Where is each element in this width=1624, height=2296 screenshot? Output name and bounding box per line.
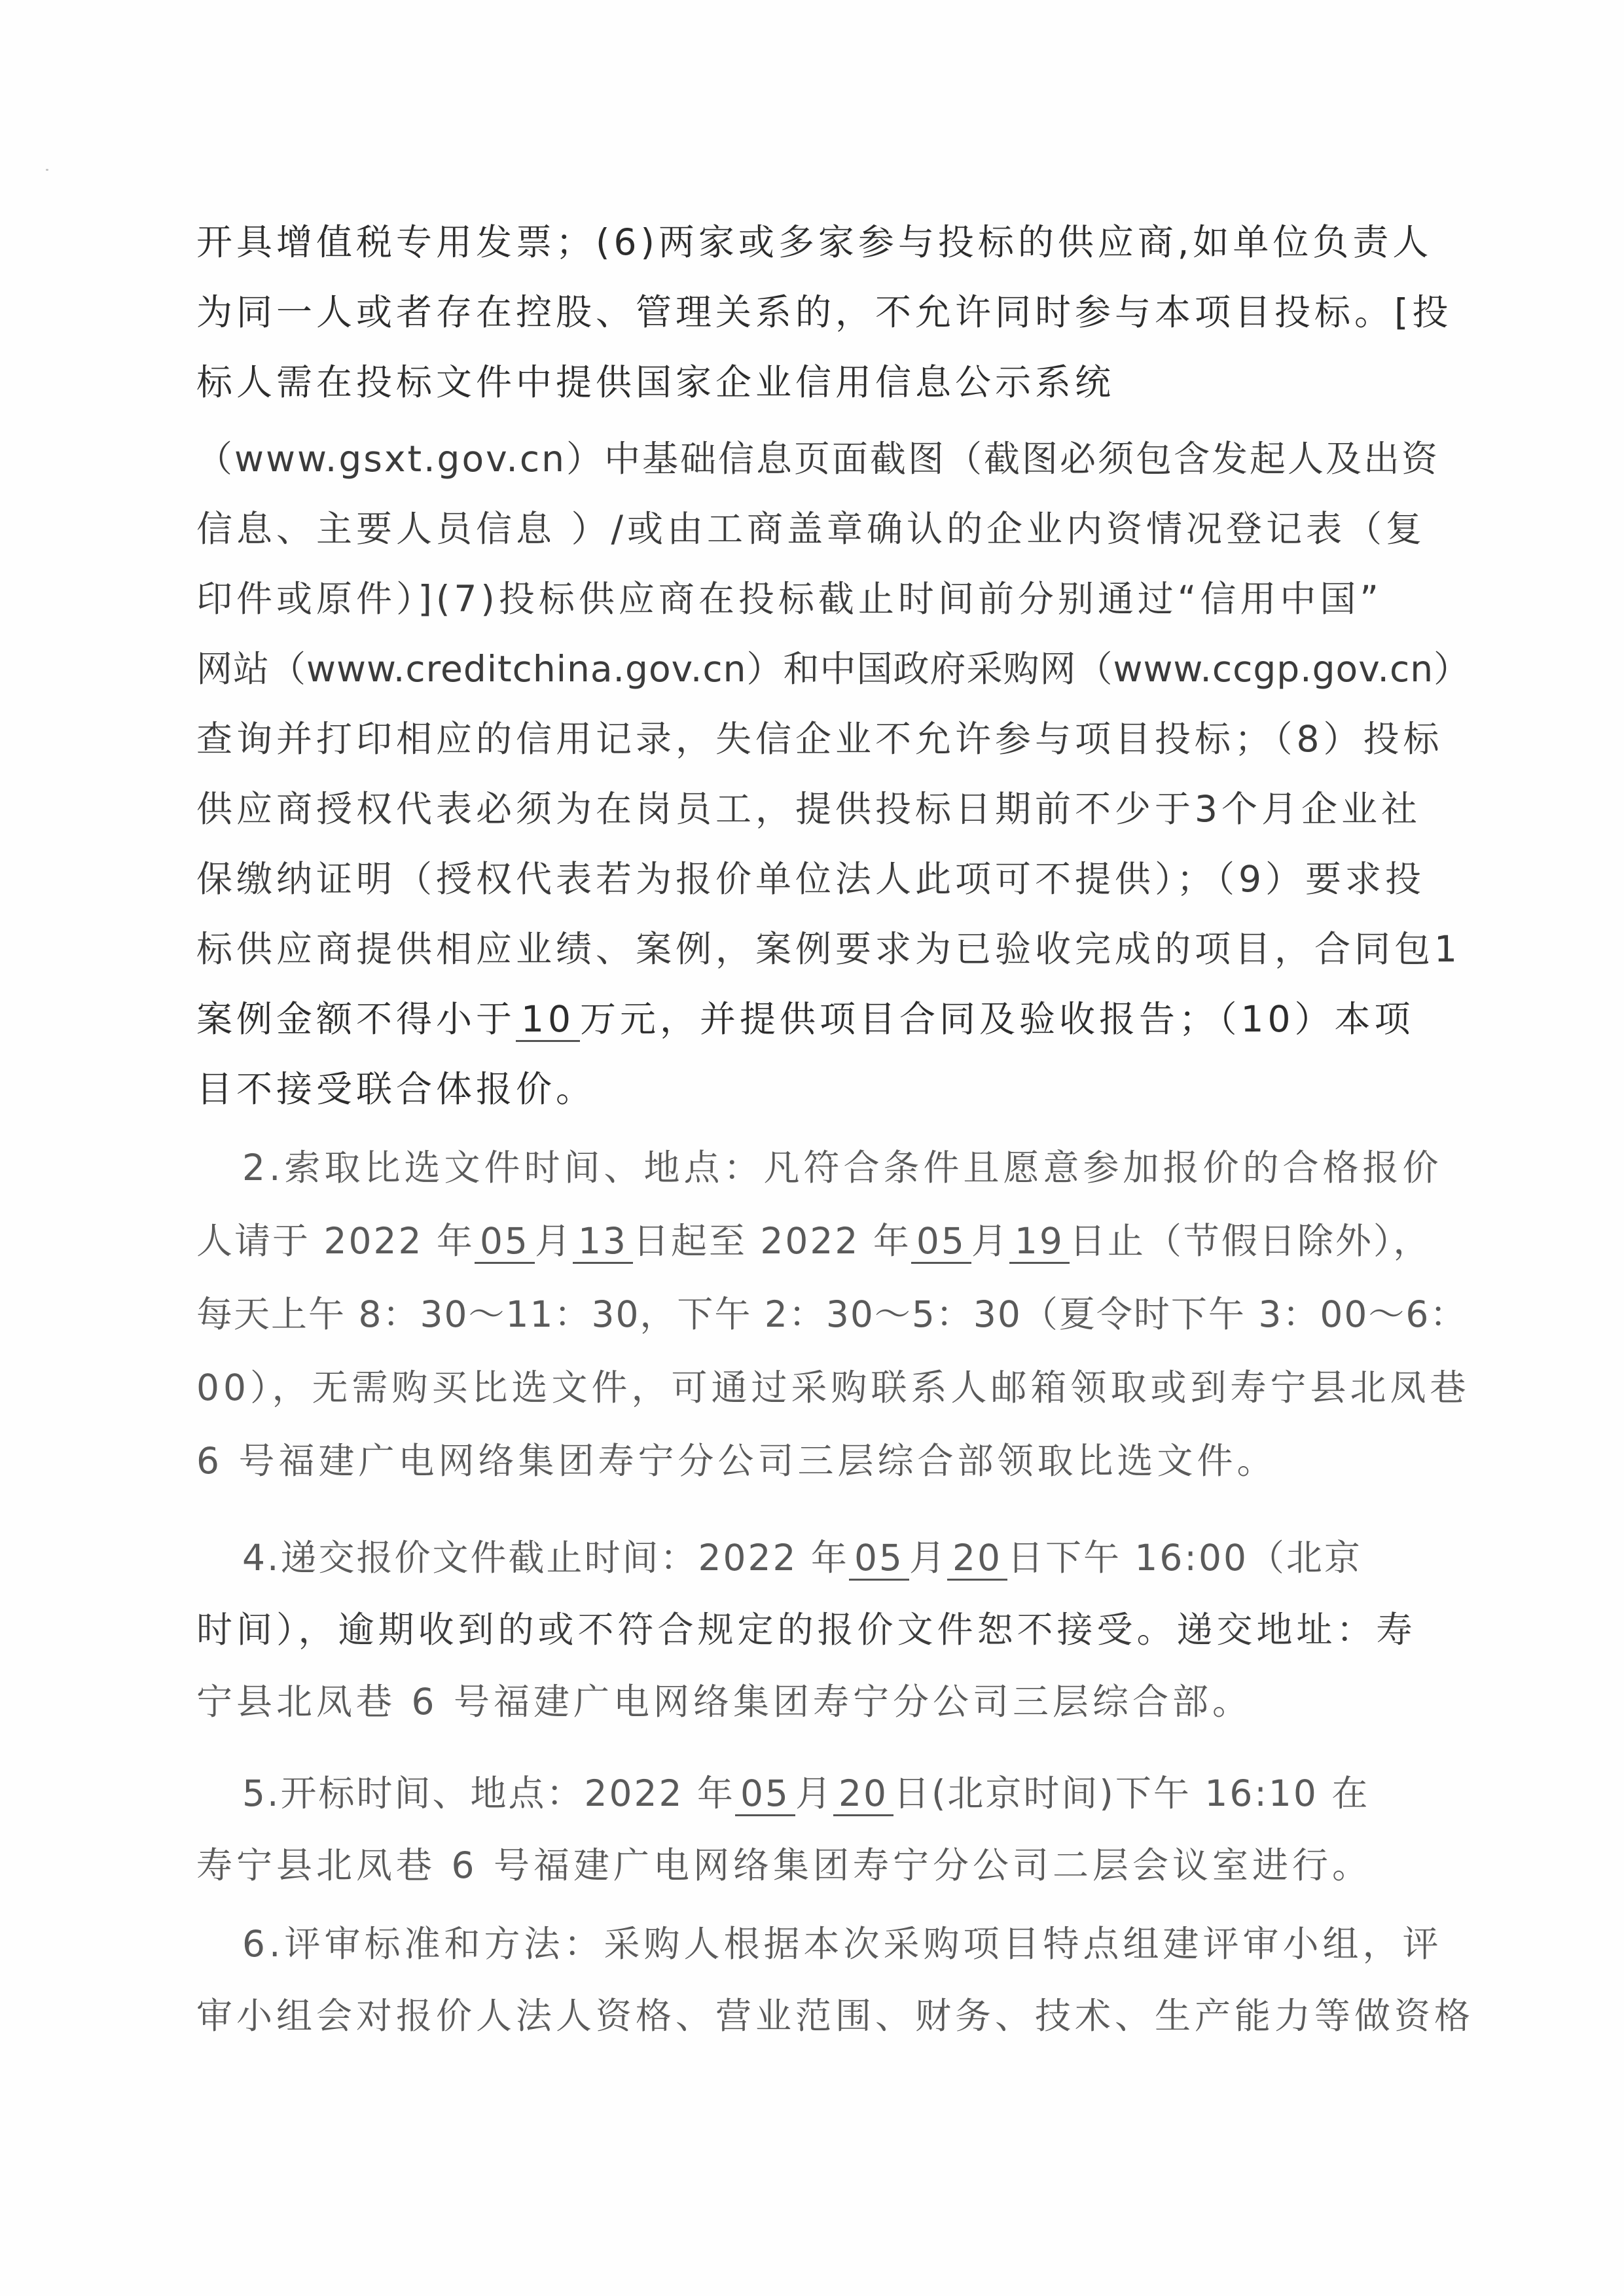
deadline-text: 日下午 16:00（北京 bbox=[1007, 1537, 1362, 1579]
text-line: 每天上午 8：30～11：30，下午 2：30～5：30（夏令时下午 3：00～… bbox=[196, 1285, 1394, 1344]
section-2-heading-line: 2.索取比选文件时间、地点：凡符合条件且愿意参加报价的合格报价 bbox=[196, 1138, 1440, 1197]
text-line: 标人需在投标文件中提供国家企业信用信息公示系统 bbox=[196, 353, 1394, 412]
text-line: 供应商授权代表必须为在岗员工，提供投标日期前不少于3个月企业社 bbox=[196, 780, 1394, 838]
text-line: 寿宁县北凤巷 6 号福建广电网络集团寿宁分公司二层会议室进行。 bbox=[196, 1836, 1394, 1895]
text-line: 信息、主要人员信息 ）/或由工商盖章确认的企业内资情况登记表（复 bbox=[196, 499, 1394, 558]
amount-suffix: 万元，并提供项目合同及验收报告；（10）本项 bbox=[580, 998, 1415, 1040]
deadline-day: 20 bbox=[947, 1537, 1007, 1581]
amount-value: 10 bbox=[516, 998, 580, 1042]
text-line: 网站（www.creditchina.gov.cn）和中国政府采购网（www.c… bbox=[196, 639, 1394, 698]
section-5-heading-line: 5.开标时间、地点：2022 年05月20日(北京时间)下午 16:10 在 bbox=[196, 1764, 1440, 1823]
end-month: 05 bbox=[911, 1220, 971, 1264]
date-text: 月 bbox=[971, 1220, 1009, 1262]
opening-month: 05 bbox=[735, 1772, 795, 1816]
deadline-month: 05 bbox=[849, 1537, 909, 1581]
start-day: 13 bbox=[573, 1220, 633, 1264]
section-2-dates-line: 人请于 2022 年05月13日起至 2022 年05月19日止（节假日除外）， bbox=[196, 1211, 1394, 1270]
section-6-heading-line: 6.评审标准和方法：采购人根据本次采购项目特点组建评审小组，评 bbox=[196, 1914, 1440, 1973]
text-line-amount: 案例金额不得小于10万元，并提供项目合同及验收报告；（10）本项 bbox=[196, 990, 1394, 1049]
deadline-text: 4.递交报价文件截止时间：2022 年 bbox=[242, 1537, 849, 1579]
text-line: 宁县北凤巷 6 号福建广电网络集团寿宁分公司三层综合部。 bbox=[196, 1672, 1394, 1731]
text-line: 00），无需购买比选文件，可通过采购联系人邮箱领取或到寿宁县北凤巷 bbox=[196, 1358, 1394, 1417]
text-line: 时间），逾期收到的或不符合规定的报价文件恕不接受。递交地址：寿 bbox=[196, 1600, 1394, 1659]
opening-text: 月 bbox=[795, 1772, 833, 1814]
text-line: 印件或原件）](7)投标供应商在投标截止时间前分别通过“信用中国” bbox=[196, 569, 1394, 628]
document-page: 开具增值税专用发票；(6)两家或多家参与投标的供应商,如单位负责人 为同一人或者… bbox=[0, 0, 1624, 2296]
text-line: 查询并打印相应的信用记录，失信企业不允许参与项目投标；（8）投标 bbox=[196, 709, 1394, 768]
amount-prefix: 案例金额不得小于 bbox=[196, 998, 516, 1040]
opening-day: 20 bbox=[833, 1772, 893, 1816]
date-text: 日起至 2022 年 bbox=[633, 1220, 911, 1262]
text-line: 标供应商提供相应业绩、案例，案例要求为已验收完成的项目，合同包1 bbox=[196, 920, 1394, 978]
deadline-text: 月 bbox=[909, 1537, 947, 1579]
date-text: 月 bbox=[535, 1220, 573, 1262]
text-line: 目不接受联合体报价。 bbox=[196, 1060, 1394, 1119]
section-4-heading-line: 4.递交报价文件截止时间：2022 年05月20日下午 16:00（北京 bbox=[196, 1528, 1440, 1587]
text-line: 保缴纳证明（授权代表若为报价单位法人此项可不提供）；（9）要求投 bbox=[196, 850, 1394, 908]
text-line: 审小组会对报价人法人资格、营业范围、财务、技术、生产能力等做资格 bbox=[196, 1986, 1394, 2045]
date-text: 日止（节假日除外）， bbox=[1070, 1220, 1432, 1262]
date-text: 人请于 2022 年 bbox=[196, 1220, 475, 1262]
text-line: （www.gsxt.gov.cn）中基础信息页面截图（截图必须包含发起人及出资 bbox=[196, 429, 1394, 488]
text-line: 开具增值税专用发票；(6)两家或多家参与投标的供应商,如单位负责人 bbox=[196, 213, 1394, 272]
opening-text: 日(北京时间)下午 16:10 在 bbox=[893, 1772, 1369, 1814]
scan-speck bbox=[46, 169, 48, 171]
start-month: 05 bbox=[475, 1220, 535, 1264]
text-line: 为同一人或者存在控股、管理关系的，不允许同时参与本项目投标。[投 bbox=[196, 283, 1394, 342]
end-day: 19 bbox=[1009, 1220, 1070, 1264]
text-line: 6 号福建广电网络集团寿宁分公司三层综合部领取比选文件。 bbox=[196, 1431, 1394, 1490]
opening-text: 5.开标时间、地点：2022 年 bbox=[242, 1772, 735, 1814]
